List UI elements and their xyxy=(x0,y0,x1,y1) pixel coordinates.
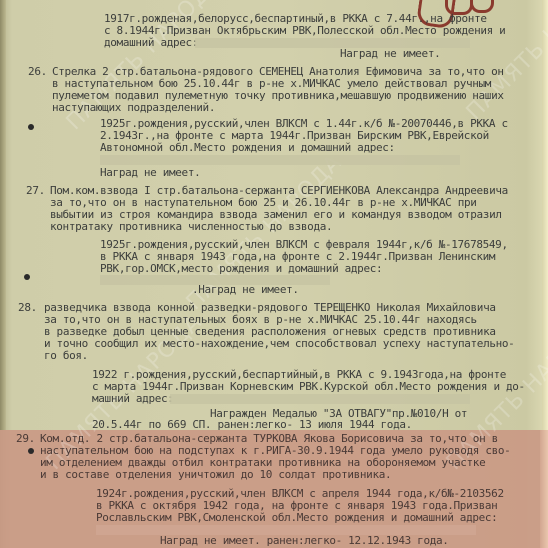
entry-number: 26. xyxy=(28,66,47,78)
awards-line: Наград не имеет. xyxy=(340,48,440,60)
redaction xyxy=(100,155,460,165)
entry-number: 27. xyxy=(26,185,45,197)
bio-line: Рославльским РВК,Смоленской обл.Место ро… xyxy=(96,512,497,524)
highlight-band-edge xyxy=(540,430,548,548)
bio-line: домашний адрес: xyxy=(104,37,198,49)
awards-line: Наград не имеет. xyxy=(100,167,200,179)
entry-number: 28. xyxy=(18,302,37,314)
ink-dot xyxy=(24,274,30,280)
bio-line: машний адрес: xyxy=(92,393,174,405)
citation-line: контратаку противника численностью до вз… xyxy=(50,221,332,233)
awards-line: .Наград не имеет. xyxy=(192,284,299,296)
citation-line: и в составе отделения уничтожил до 10 со… xyxy=(40,469,391,481)
awards-line-continued: 20.5.44г по 669 СП. ранен:легко- 13 июля… xyxy=(92,419,412,431)
ink-dot xyxy=(28,124,34,130)
entry-number: 29. xyxy=(16,433,35,445)
citation-line: наступающих подразделений. xyxy=(52,102,215,114)
citation-line: и точно сообщил их место-нахождение,чем … xyxy=(44,338,514,350)
awards-line: Наград не имеет. ранен:легко- 12.12.1943… xyxy=(160,535,449,547)
citation-line: го боя. xyxy=(44,350,88,362)
bio-line: РВК,гор.ОМСК,место рождения и домашний а… xyxy=(100,263,382,275)
bio-line: Автономной обл.Место рождения и домашний… xyxy=(100,142,395,154)
ink-dot xyxy=(28,448,34,454)
redaction xyxy=(170,394,470,404)
